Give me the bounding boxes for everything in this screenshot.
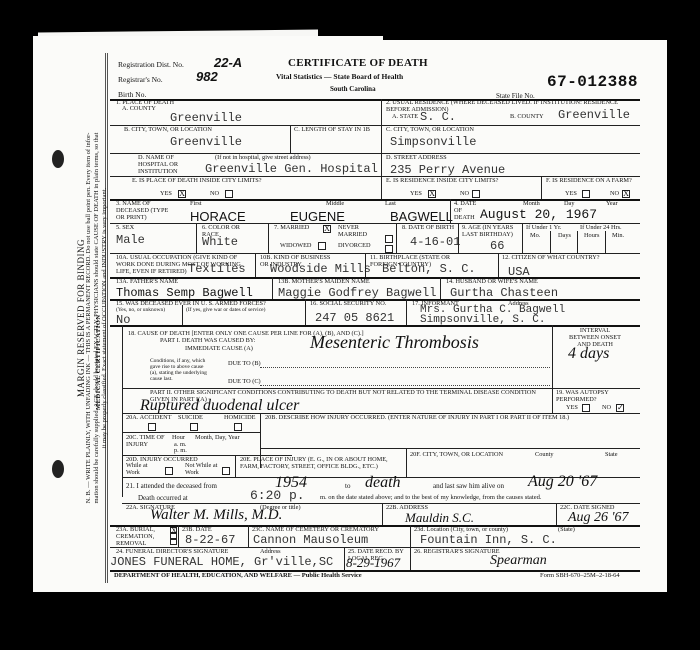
residence-city-label: c. City, Town, or Location	[386, 127, 474, 134]
death-inside-city-label: e. Is Place of Death Inside City Limits?	[132, 178, 262, 185]
death-occurred-suffix: m. on the date stated above; and to the …	[320, 495, 541, 502]
autopsy-label: 19. Was Autopsy Performed?	[556, 390, 616, 404]
residence-county-label: b. County	[510, 114, 544, 121]
registration-dist-label: Registration Dist. No.	[118, 60, 184, 69]
widowed-label: Widowed	[280, 243, 311, 250]
autopsy-yes-checkbox[interactable]	[582, 404, 590, 412]
dob-value: 4-16-01	[410, 235, 460, 249]
hospital-hint: (If not in hospital, give street address…	[215, 155, 311, 162]
part-1-label: Part I. Death was caused by:	[160, 338, 256, 345]
month-day-year-label: Month, Day, Year	[195, 435, 240, 442]
mother-name-label: 13b. Mother's Maiden Name	[278, 279, 370, 286]
immediate-cause-value: Mesenteric Thrombosis	[310, 332, 479, 353]
immediate-cause-label: Immediate Cause (a)	[185, 346, 253, 353]
yes-label: Yes	[160, 191, 172, 198]
registrar-no-label: Registrar's No.	[118, 75, 163, 84]
under-24-hrs-label: If Under 24 Hrs.	[580, 225, 622, 232]
age-label: 9. Age (In years last birthday)	[462, 225, 517, 239]
registrar-no-value: 982	[196, 69, 218, 84]
widowed-checkbox[interactable]	[318, 242, 326, 250]
middle-name-value: EUGENE	[290, 209, 345, 224]
war-service-hint: (If yes, give war or dates of service)	[186, 307, 265, 314]
age-value: 66	[490, 239, 504, 253]
hospital-value: Greenville Gen. Hospital	[205, 162, 378, 176]
last-name-label: Last	[385, 201, 396, 208]
yes-label: Yes	[566, 405, 578, 412]
department-footer: DEPARTMENT OF HEALTH, EDUCATION, AND WEL…	[114, 572, 362, 579]
binding-hole	[52, 150, 64, 168]
to-label: to	[345, 483, 350, 490]
mother-name-value: Maggie Godfrey Bagwell	[278, 286, 436, 300]
residence-city-value: Simpsonville	[390, 135, 476, 149]
yes-label: Yes	[410, 191, 422, 198]
dob-label: 8. Date of Birth	[402, 225, 454, 232]
binding-hole	[52, 460, 64, 478]
not-at-work-label: Not While at Work	[185, 463, 225, 477]
residence-state-value: S. C.	[420, 110, 456, 124]
cemetery-value: Cannon Mausoleum	[253, 533, 368, 547]
due-to-c-label: Due to (c)	[228, 379, 261, 386]
due-to-b-label: Due to (b)	[228, 361, 261, 368]
attended-label: 21. I attended the deceased from	[126, 483, 217, 490]
accident-checkbox[interactable]	[148, 423, 156, 431]
minutes-label: Min.	[612, 233, 624, 240]
date-received-value: 8-29-1967	[346, 555, 400, 571]
no-label: No	[602, 405, 611, 412]
street-address-label: d. Street Address	[386, 155, 447, 162]
death-inside-no-checkbox[interactable]	[225, 190, 233, 198]
physician-signature: Walter M. Mills, M.D.	[150, 507, 282, 524]
year-label: Year	[606, 201, 618, 208]
while-at-work-checkbox[interactable]	[165, 467, 173, 475]
first-name-label: First	[190, 201, 202, 208]
interval-value: 4 days	[568, 345, 609, 363]
physician-address-value: Mauldin S.C.	[405, 510, 474, 526]
ssn-value: 247 05 8621	[315, 311, 394, 325]
residence-inside-city-label: e. Is Residence Inside City Limits?	[386, 178, 516, 185]
autopsy-no-checkbox[interactable]: ✓	[616, 404, 624, 412]
death-city-value: Greenville	[170, 135, 242, 149]
removal-checkbox[interactable]	[170, 539, 177, 545]
business-value: Woodside Mills	[270, 262, 371, 276]
burial-date-value: 8-22-67	[185, 533, 235, 547]
sex-value: Male	[116, 233, 145, 247]
time-of-injury-label: 20c. Time of Injury	[126, 435, 171, 449]
last-saw-label: and last saw him alive on	[433, 483, 504, 490]
suicide-label: Suicide	[178, 415, 203, 422]
state-name: South Carolina	[330, 85, 376, 93]
death-city-label: b. City, Town, or Location	[124, 127, 212, 134]
death-certificate-form: Registration Dist. No. 22-A Registrar's …	[110, 55, 668, 575]
death-time-value: 6:20 p.	[250, 488, 305, 503]
divorced-checkbox[interactable]	[385, 245, 393, 253]
race-value: White	[202, 235, 238, 249]
death-inside-yes-checkbox[interactable]: X	[178, 190, 186, 198]
citizen-label: 12. Citizen of What Country?	[502, 255, 602, 262]
state-file-number: 67-012388	[547, 73, 638, 91]
months-label: Mo.	[530, 233, 540, 240]
sex-label: 5. Sex	[116, 225, 134, 232]
father-name-value: Thomas Semp Bagwell	[116, 286, 253, 300]
last-name-value: BAGWELL	[390, 209, 453, 224]
registrar-signature-label: 26. Registrar's Signature	[414, 549, 500, 556]
birth-no-label: Birth No.	[118, 90, 146, 99]
funeral-director-value: JONES FUNERAL HOME, Gr'ville,SC	[110, 555, 333, 569]
burial-location-value: Fountain Inn, S. C.	[420, 533, 557, 547]
place-of-injury-label: 20e. Place of Injury (e. g., in or about…	[240, 457, 405, 471]
deceased-name-label: 3. Name of Deceased (Type or print)	[116, 201, 171, 221]
pm-label: p. m.	[174, 448, 187, 455]
injury-county-label: County	[535, 452, 554, 459]
farm-no-checkbox[interactable]: X	[622, 190, 630, 198]
middle-name-label: Middle	[326, 201, 344, 208]
never-married-checkbox[interactable]	[385, 235, 393, 243]
hospital-label: d. Name of Hospital or Institution	[138, 155, 193, 175]
medical-certification-label: MEDICAL CERTIFICATION	[95, 314, 102, 410]
under-1-yr-label: If Under 1 Yr.	[526, 225, 561, 232]
injury-state-label: State	[605, 452, 618, 459]
burial-label: 23a. Burial, Cremation, Removal	[116, 527, 171, 547]
divorced-label: Divorced	[338, 243, 371, 250]
no-label: No	[210, 191, 219, 198]
no-label: No	[460, 191, 469, 198]
homicide-checkbox[interactable]	[234, 423, 242, 431]
injury-description-label: 20b. Describe how injury occurred. (Ente…	[265, 415, 640, 422]
suicide-checkbox[interactable]	[190, 423, 198, 431]
never-married-label: Never Married	[338, 225, 376, 239]
married-checkbox[interactable]: X	[323, 225, 331, 233]
date-of-death-label: 4. Date of Death	[454, 201, 482, 221]
accident-label: 20a. Accident	[126, 415, 171, 422]
registration-dist-value: 22-A	[214, 55, 242, 70]
registrar-signature: Spearman	[490, 553, 547, 569]
not-at-work-checkbox[interactable]	[222, 467, 230, 475]
margin-title: MARGIN RESERVED FOR BINDING	[77, 58, 85, 578]
no-label: No	[610, 191, 619, 198]
birthplace-value: Belton, S. C.	[382, 262, 476, 276]
hours-label: Hours	[584, 233, 599, 240]
attended-to-value: death	[365, 474, 401, 492]
last-saw-value: Aug 20 '67	[528, 473, 597, 491]
conditions-label: Conditions, if any, which gave rise to a…	[150, 358, 212, 382]
residence-inside-yes-checkbox[interactable]: X	[428, 190, 436, 198]
date-signed-value: Aug 26 '67	[568, 510, 629, 526]
margin-note-1: N. B. — WRITE PLAINLY, WITH UNFADING INK…	[85, 58, 93, 578]
injury-city-label: 20f. City, Town, or Location	[410, 452, 503, 459]
death-county-value: Greenville	[170, 111, 242, 125]
binding-margin: MARGIN RESERVED FOR BINDING N. B. — WRIT…	[78, 53, 108, 583]
length-of-stay-label: c. Length of Stay in 1b	[294, 127, 374, 134]
certificate-title: CERTIFICATE OF DEATH	[288, 57, 428, 69]
street-address-value: 235 Perry Avenue	[390, 163, 505, 177]
days-label: Days	[558, 233, 571, 240]
yes-label: Yes	[565, 191, 577, 198]
farm-label: f. Is Residence on a Farm?	[546, 178, 636, 185]
spouse-name-value: Gurtha Chasteen	[450, 286, 558, 300]
margin-note-3: it may be properly classified. Exact sta…	[101, 58, 109, 578]
occupation-value: Textiles	[188, 262, 246, 276]
residence-state-label: a. State	[392, 114, 418, 121]
spouse-name-label: 14. Husband or Wife's Name	[446, 279, 538, 286]
father-name-label: 13a. Father's Name	[116, 279, 178, 286]
married-label: 7. Married	[274, 225, 309, 232]
form-number: Form SBH-670–25M–2-18-64	[540, 572, 620, 579]
county-label: a. County	[122, 106, 156, 113]
burial-state-label: (State)	[558, 527, 575, 534]
ssn-label: 16. Social Security No.	[310, 301, 386, 308]
farm-yes-checkbox[interactable]	[582, 190, 590, 198]
first-name-value: HORACE	[190, 209, 246, 224]
death-occurred-label: Death occurred at	[138, 495, 188, 502]
date-of-death-value: August 20, 1967	[480, 207, 597, 222]
residence-inside-no-checkbox[interactable]	[472, 190, 480, 198]
certificate-subtitle: Vital Statistics — State Board of Health	[276, 72, 403, 81]
homicide-label: Homicide	[224, 415, 255, 422]
while-at-work-label: While at Work	[126, 463, 156, 477]
residence-county-value: Greenville	[558, 108, 630, 122]
